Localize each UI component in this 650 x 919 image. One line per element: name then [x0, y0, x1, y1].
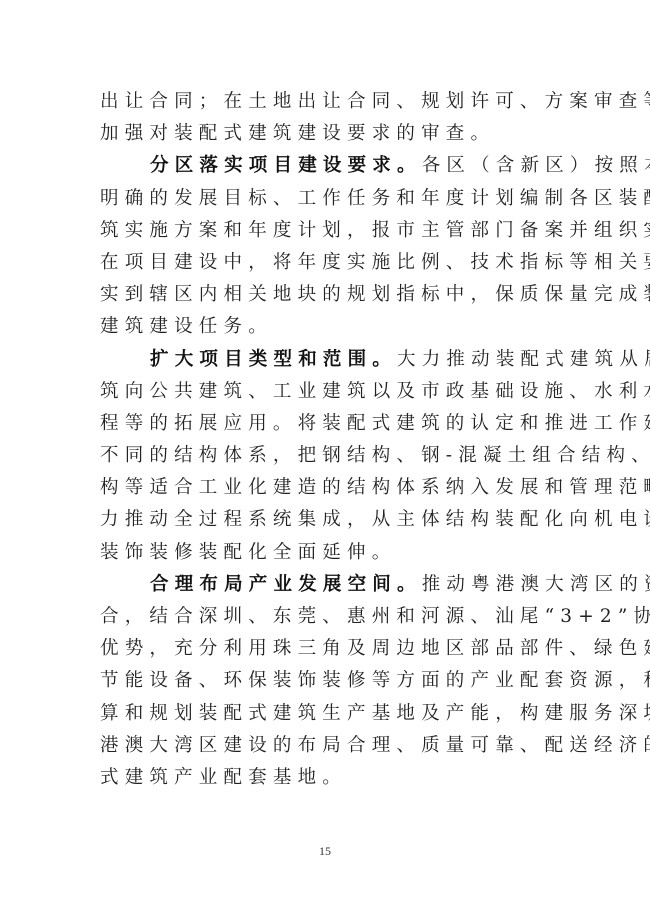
text-line: 力推动全过程系统集成，从主体结构装配化向机电设备、 [100, 504, 552, 536]
text-run: 推动粤港澳大湾区的资源整 [422, 574, 650, 595]
text-line: 算和规划装配式建筑生产基地及产能，构建服务深圳及粤 [100, 698, 552, 730]
text-line: 在项目建设中，将年度实施比例、技术指标等相关要求落 [100, 247, 552, 279]
paragraph-heading-line: 合理布局产业发展空间。推动粤港澳大湾区的资源整 [100, 569, 552, 601]
paragraph-heading-line: 扩大项目类型和范围。大力推动装配式建筑从居住建 [100, 344, 552, 376]
text-line: 加强对装配式建筑建设要求的审查。 [100, 118, 552, 150]
text-line: 程等的拓展应用。将装配式建筑的认定和推进工作延伸至 [100, 408, 552, 440]
page-number: 15 [0, 844, 650, 859]
text-line: 实到辖区内相关地块的规划指标中，保质保量完成装配式 [100, 279, 552, 311]
text-line: 不同的结构体系，把钢结构、钢-混凝土组合结构、箱式结 [100, 440, 552, 472]
text-line: 装饰装修装配化全面延伸。 [100, 537, 552, 569]
body-text: 出让合同；在土地出让合同、规划许可、方案审查等环节， 加强对装配式建筑建设要求的… [100, 86, 552, 794]
text-run: 各区（含新区）按照本规划 [422, 155, 650, 176]
text-line: 建筑建设任务。 [100, 311, 552, 343]
document-page: 出让合同；在土地出让合同、规划许可、方案审查等环节， 加强对装配式建筑建设要求的… [0, 0, 650, 919]
text-line: 优势，充分利用珠三角及周边地区部品部件、绿色建材、 [100, 633, 552, 665]
paragraph-heading: 扩大项目类型和范围。 [150, 349, 397, 370]
text-line: 式建筑产业配套基地。 [100, 762, 552, 794]
text-line: 出让合同；在土地出让合同、规划许可、方案审查等环节， [100, 86, 552, 118]
text-line: 合，结合深圳、东莞、惠州和河源、汕尾“3+2”协同发展 [100, 601, 552, 633]
text-line: 筑实施方案和年度计划，报市主管部门备案并组织实施。 [100, 215, 552, 247]
text-line: 明确的发展目标、工作任务和年度计划编制各区装配式建 [100, 183, 552, 215]
text-line: 构等适合工业化建造的结构体系纳入发展和管理范畴。大 [100, 472, 552, 504]
paragraph-heading: 分区落实项目建设要求。 [150, 155, 422, 176]
paragraph-heading-line: 分区落实项目建设要求。各区（含新区）按照本规划 [100, 150, 552, 182]
text-line: 筑向公共建筑、工业建筑以及市政基础设施、水利水电工 [100, 376, 552, 408]
text-run: 大力推动装配式建筑从居住建 [397, 349, 650, 370]
text-line: 节能设备、环保装饰装修等方面的产业配套资源，科学测 [100, 665, 552, 697]
text-line: 港澳大湾区建设的布局合理、质量可靠、配送经济的装配 [100, 730, 552, 762]
paragraph-heading: 合理布局产业发展空间。 [150, 574, 422, 595]
